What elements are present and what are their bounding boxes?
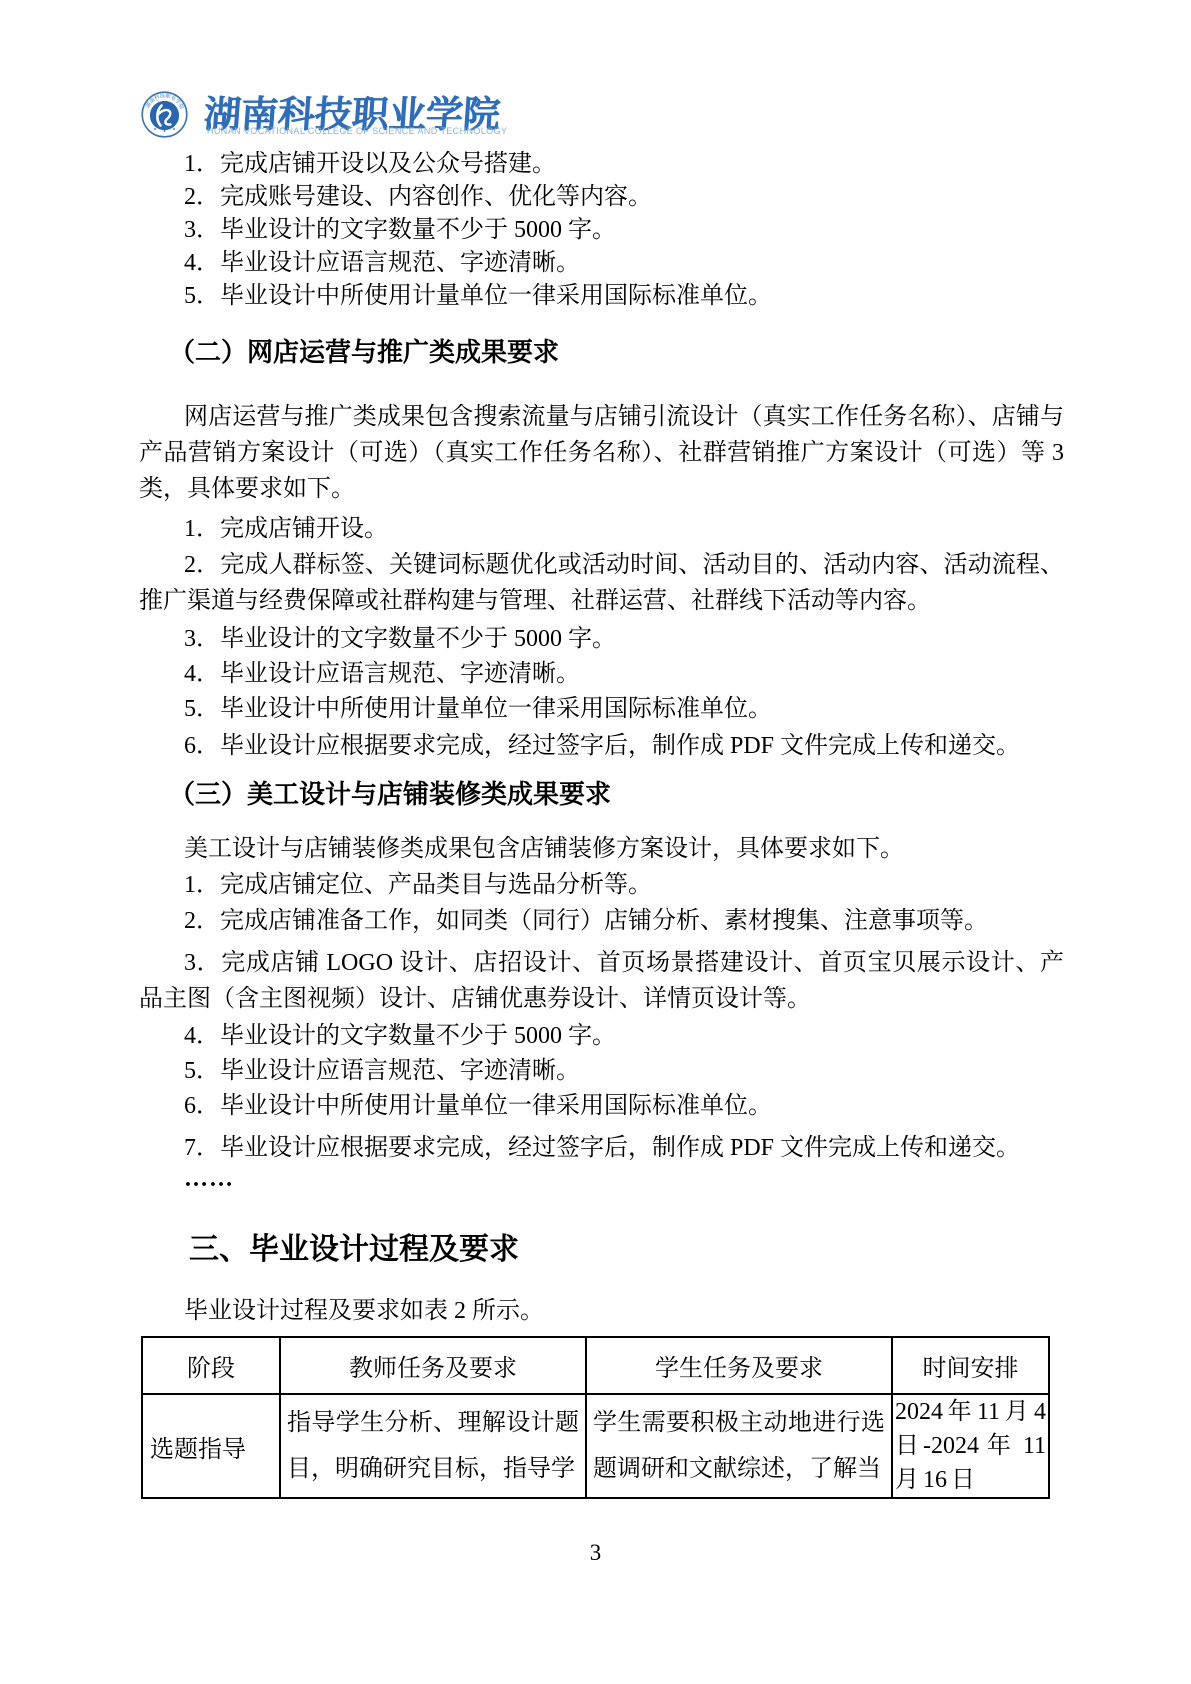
table-header-student: 学生任务及要求 <box>586 1337 892 1394</box>
section-2-paragraph: 网店运营与推广类成果包含搜索流量与店铺引流设计（真实工作任务名称）、店铺与产品营… <box>139 399 1064 507</box>
list-item: 6．毕业设计应根据要求完成，经过签字后，制作成 PDF 文件完成上传和递交。 <box>139 728 1064 764</box>
ellipsis-continuation: …… <box>184 1166 234 1193</box>
table-cell-time: 2024 年 11 月 4 日-2024 年 11 月 16 日 <box>892 1394 1049 1498</box>
list-item: 3．毕业设计的文字数量不少于 5000 字。 <box>139 214 1064 247</box>
table-cell-stage: 选题指导 <box>142 1394 280 1498</box>
list-item: 7．毕业设计应根据要求完成，经过签字后，制作成 PDF 文件完成上传和递交。 <box>139 1130 1064 1166</box>
college-seal-icon: 湖南科技职业学院 <box>141 91 188 138</box>
section-3-paragraph: 美工设计与店铺装修类成果包含店铺装修方案设计，具体要求如下。 <box>139 831 1064 867</box>
list-item: 2．完成账号建设、内容创作、优化等内容。 <box>139 181 1064 214</box>
table-row: 选题指导 指导学生分析、理解设计题目，明确研究目标，指导学 学生需要积极主动地进… <box>142 1394 1049 1498</box>
document-page: 湖南科技职业学院 湖南科技职业学院 HUNAN VOCATIONAL COLLE… <box>0 0 1191 1684</box>
list-item: 5．毕业设计应语言规范、字迹清晰。 <box>139 1053 1064 1089</box>
list-item: 2．完成店铺准备工作，如同类（同行）店铺分析、素材搜集、注意事项等。 <box>139 903 1064 939</box>
list-item: 1．完成店铺定位、产品类目与选品分析等。 <box>139 867 1064 903</box>
section-3-heading: （三）美工设计与店铺装修类成果要求 <box>169 778 611 810</box>
list-item: 4．毕业设计应语言规范、字迹清晰。 <box>139 247 1064 280</box>
major-section-heading: 三、毕业设计过程及要求 <box>189 1232 519 1268</box>
list-item: 2．完成人群标签、关键词标题优化或活动时间、活动目的、活动内容、活动流程、推广渠… <box>139 547 1064 619</box>
process-requirements-table: 阶段 教师任务及要求 学生任务及要求 时间安排 选题指导 指导学生分析、理解设计… <box>141 1336 1050 1499</box>
table-header-row: 阶段 教师任务及要求 学生任务及要求 时间安排 <box>142 1337 1049 1394</box>
intro-requirement-list: 1．完成店铺开设以及公众号搭建。 2．完成账号建设、内容创作、优化等内容。 3．… <box>139 148 1064 313</box>
list-item: 3．毕业设计的文字数量不少于 5000 字。 <box>139 621 1064 657</box>
list-item: 3．完成店铺 LOGO 设计、店招设计、首页场景搭建设计、首页宝贝展示设计、产品… <box>139 945 1064 1017</box>
major-section-paragraph: 毕业设计过程及要求如表 2 所示。 <box>139 1293 1064 1329</box>
list-item: 4．毕业设计的文字数量不少于 5000 字。 <box>139 1018 1064 1054</box>
list-item: 1．完成店铺开设以及公众号搭建。 <box>139 148 1064 181</box>
list-item: 5．毕业设计中所使用计量单位一律采用国际标准单位。 <box>139 280 1064 313</box>
section-2-heading: （二）网店运营与推广类成果要求 <box>169 336 559 368</box>
list-item: 5．毕业设计中所使用计量单位一律采用国际标准单位。 <box>139 691 1064 727</box>
list-item: 4．毕业设计应语言规范、字迹清晰。 <box>139 656 1064 692</box>
college-name-english: HUNAN VOCATIONAL COLLEGE OF SCIENCE AND … <box>207 126 527 136</box>
table-header-teacher: 教师任务及要求 <box>280 1337 586 1394</box>
table-cell-teacher: 指导学生分析、理解设计题目，明确研究目标，指导学 <box>280 1394 586 1498</box>
table-cell-student: 学生需要积极主动地进行选题调研和文献综述，了解当 <box>586 1394 892 1498</box>
page-number: 3 <box>0 1540 1191 1566</box>
table-header-stage: 阶段 <box>142 1337 280 1394</box>
list-item: 6．毕业设计中所使用计量单位一律采用国际标准单位。 <box>139 1088 1064 1124</box>
list-item: 1．完成店铺开设。 <box>139 511 1064 547</box>
table-header-time: 时间安排 <box>892 1337 1049 1394</box>
